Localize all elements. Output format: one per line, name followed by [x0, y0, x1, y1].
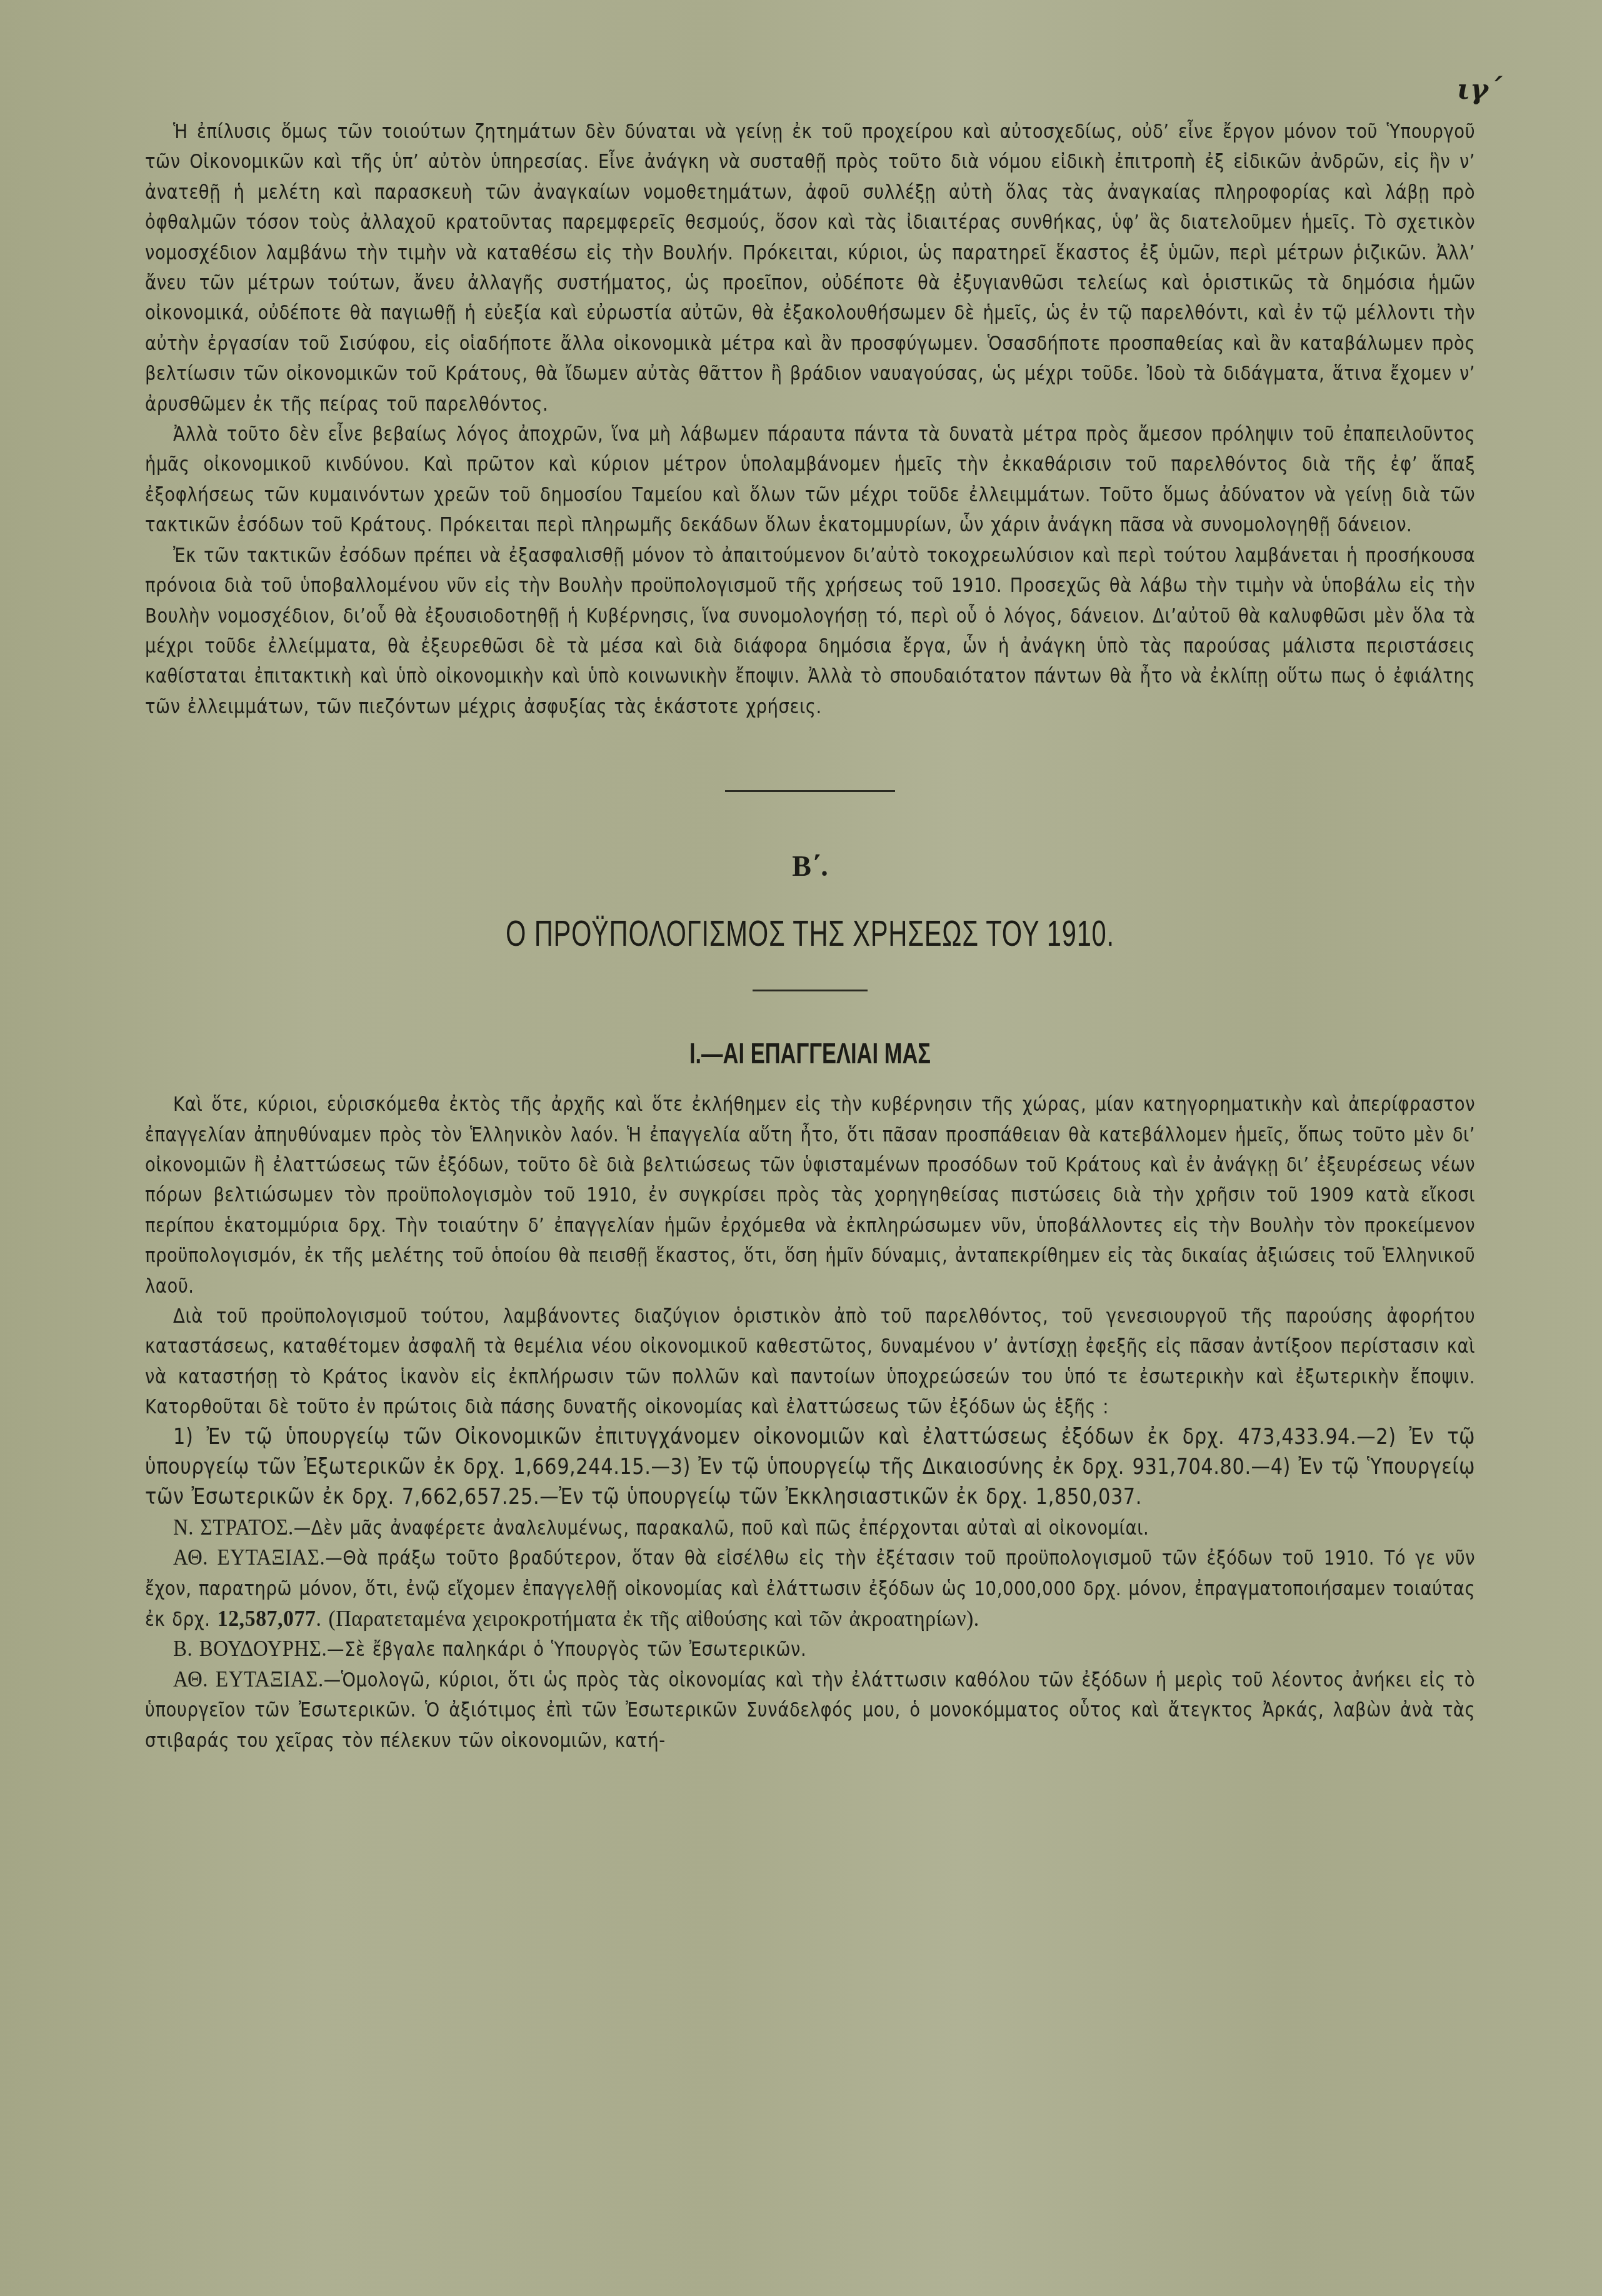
speech-text: —Ὁμολογῶ, κύριοι, ὅτι ὡς πρὸς τὰς οἰκονο… [145, 1668, 1475, 1752]
speaker-name: Β. ΒΟΥΔΟΥΡΗΣ. [173, 1637, 327, 1661]
speaker-name: Ν. ΣΤΡΑΤΟΣ. [173, 1515, 294, 1540]
savings-total: 12,587,077 [218, 1606, 316, 1631]
intro-paragraph-2: Ἀλλὰ τοῦτο δὲν εἶνε βεβαίως λόγος ἀποχρῶ… [145, 419, 1475, 540]
intro-paragraph-1: Ἡ ἐπίλυσις ὅμως τῶν τοιούτων ζητημάτων δ… [145, 116, 1475, 419]
page-number: ιγ΄ [1457, 74, 1502, 106]
page-body: Ἡ ἐπίλυσις ὅμως τῶν τοιούτων ζητημάτων δ… [145, 116, 1475, 1755]
body-paragraph-1: Καὶ ὅτε, κύριοι, εὑρισκόμεθα ἐκτὸς τῆς ἀ… [145, 1089, 1475, 1301]
speech-text: —Δὲν μᾶς ἀναφέρετε ἀναλελυμένως, παρακαλ… [294, 1516, 1149, 1540]
section-subtitle: Ι.—ΑΙ ΕΠΑΓΓΕΛΙΑΙ ΜΑΣ [311, 1036, 1309, 1070]
section-letter: Β΄. [145, 850, 1475, 883]
savings-list: 1) Ἐν τῷ ὑπουργείῳ τῶν Οἰκονομικῶν ἐπιτυ… [145, 1422, 1475, 1513]
body-paragraph-2: Διὰ τοῦ προϋπολογισμοῦ τούτου, λαμβάνοντ… [145, 1301, 1475, 1422]
applause-note: . (Παρατεταμένα χειροκροτήματα ἐκ τῆς αἰ… [316, 1606, 979, 1631]
intro-paragraph-3: Ἐκ τῶν τακτικῶν ἐσόδων πρέπει νὰ ἐξασφαλ… [145, 540, 1475, 721]
debate-entry: ΑΘ. ΕΥΤΑΞΙΑΣ.—Θὰ πράξω τοῦτο βραδύτερον,… [145, 1543, 1475, 1634]
section-title: Ο ΠΡΟΫΠΟΛΟΓΙΣΜΟΣ ΤΗΣ ΧΡΗΣΕΩΣ ΤΟΥ 1910. [331, 913, 1289, 955]
speech-text: —Σὲ ἔβγαλε παληκάρι ὁ Ὑπουργὸς τῶν Ἐσωτε… [327, 1637, 806, 1661]
debate-entry: ΑΘ. ΕΥΤΑΞΙΑΣ.—Ὁμολογῶ, κύριοι, ὅτι ὡς πρ… [145, 1665, 1475, 1755]
debate-entry: Β. ΒΟΥΔΟΥΡΗΣ.—Σὲ ἔβγαλε παληκάρι ὁ Ὑπουρ… [145, 1634, 1475, 1664]
speaker-name: ΑΘ. ΕΥΤΑΞΙΑΣ. [173, 1545, 325, 1570]
debate-entry: Ν. ΣΤΡΑΤΟΣ.—Δὲν μᾶς ἀναφέρετε ἀναλελυμέν… [145, 1513, 1475, 1543]
speaker-name: ΑΘ. ΕΥΤΑΞΙΑΣ. [173, 1667, 324, 1692]
